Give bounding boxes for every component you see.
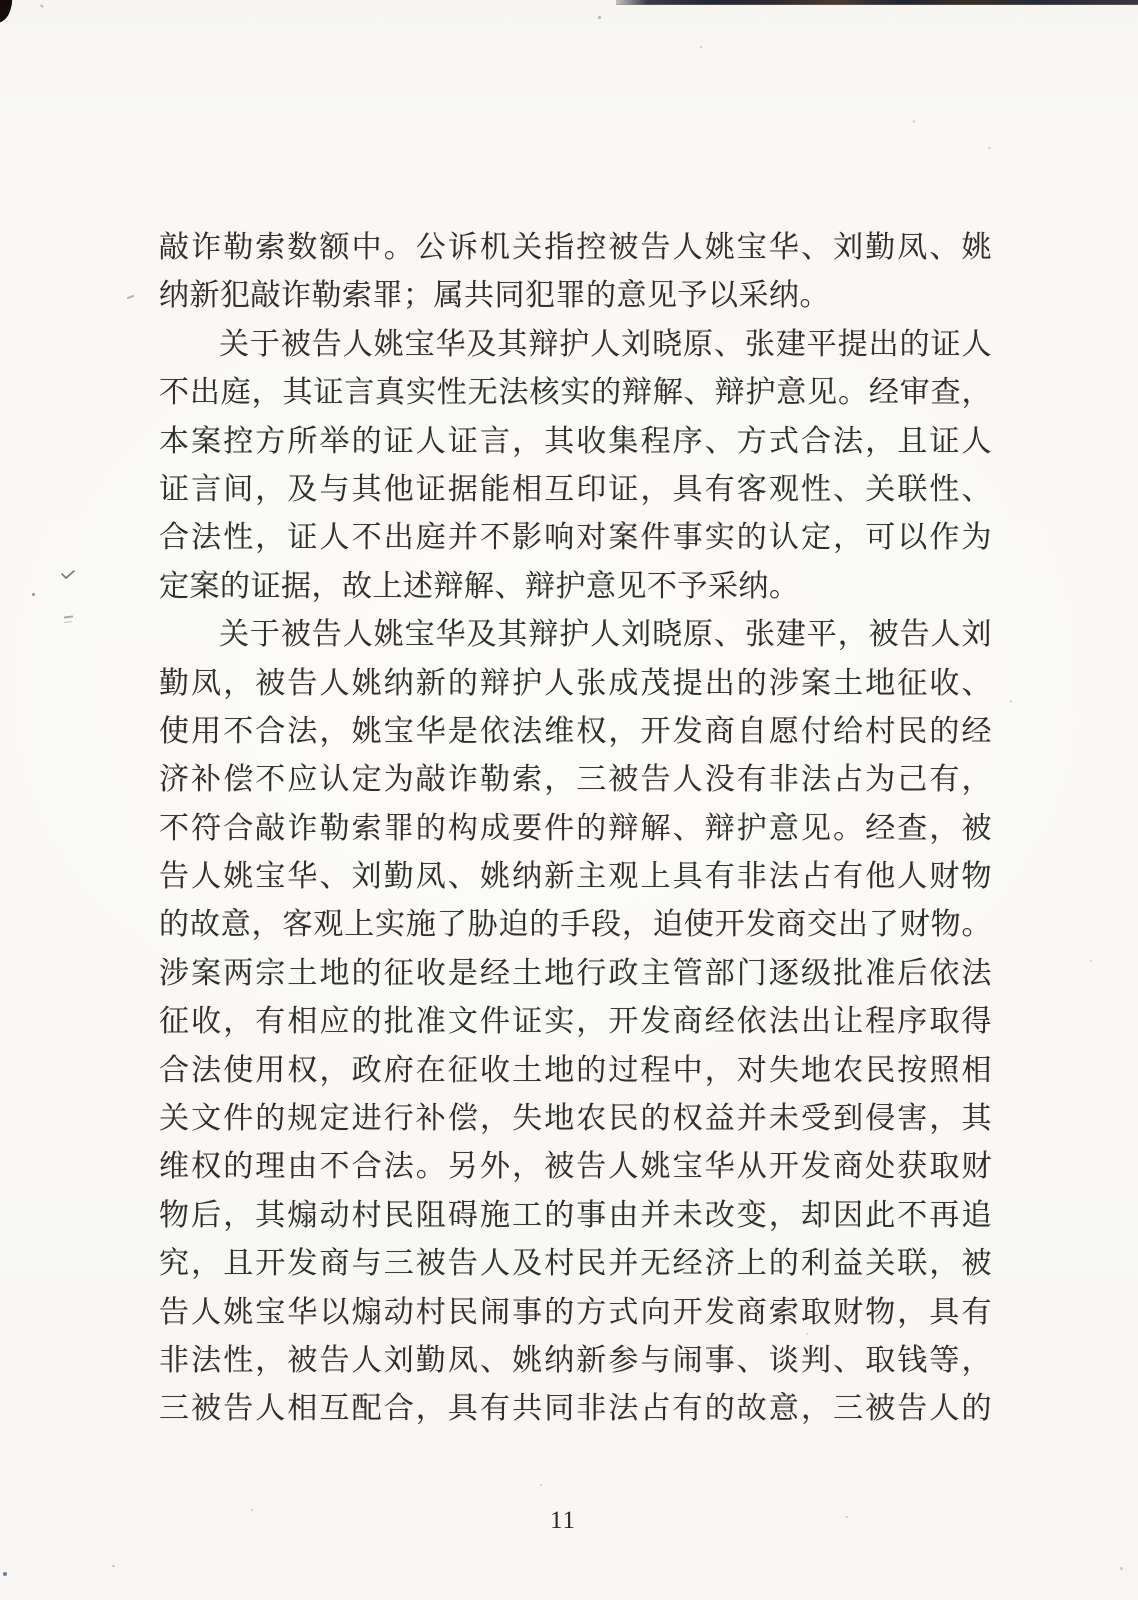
scanned-page: 敲诈勒索数额中。公诉机关指控被告人姚宝华、刘勤凤、姚纳新犯敲诈勒索罪；属共同犯罪… xyxy=(0,0,1138,1600)
text-line-14: 告人姚宝华、刘勤凤、姚纳新主观上具有非法占有他人财物 xyxy=(159,853,992,901)
text-line-7: 合法性，证人不出庭并不影响对案件事实的认定，可以作为 xyxy=(159,514,992,562)
scan-speck xyxy=(40,4,44,8)
text-line-8: 定案的证据，故上述辩解、辩护意见不予采纳。 xyxy=(159,563,992,611)
scan-tick-mark xyxy=(61,570,76,580)
text-line-18: 合法使用权，政府在征收土地的过程中，对失地农民按照相 xyxy=(159,1047,992,1095)
text-line-13: 不符合敲诈勒索罪的构成要件的辩解、辩护意见。经查，被 xyxy=(159,805,992,853)
document-body-text: 敲诈勒索数额中。公诉机关指控被告人姚宝华、刘勤凤、姚纳新犯敲诈勒索罪；属共同犯罪… xyxy=(159,224,992,1434)
text-line-5: 本案控方所举的证人证言，其收集程序、方式合法，且证人 xyxy=(159,418,992,466)
text-line-22: 究，且开发商与三被告人及村民并无经济上的利益关联，被 xyxy=(159,1240,992,1288)
scan-edge-line-top xyxy=(616,0,1138,5)
text-line-11: 使用不合法，姚宝华是依法维权，开发商自愿付给村民的经 xyxy=(159,708,992,756)
text-line-21: 物后，其煽动村民阻碍施工的事由并未改变，却因此不再追 xyxy=(159,1192,992,1240)
page-number: 11 xyxy=(0,1506,1126,1536)
text-line-24: 非法性，被告人刘勤凤、姚纳新参与闹事、谈判、取钱等， xyxy=(159,1337,992,1385)
scan-speck xyxy=(598,16,601,19)
scan-blob-top-left xyxy=(0,0,17,26)
text-line-12: 济补偿不应认定为敲诈勒索，三被告人没有非法占为己有， xyxy=(159,756,992,804)
text-line-19: 关文件的规定进行补偿，失地农民的权益并未受到侵害，其 xyxy=(159,1095,992,1143)
text-line-2: 纳新犯敲诈勒索罪；属共同犯罪的意见予以采纳。 xyxy=(159,272,992,320)
scan-speck xyxy=(700,46,702,48)
scan-speck xyxy=(988,147,991,149)
text-line-23: 告人姚宝华以煽动村民闹事的方式向开发商索取财物，具有 xyxy=(159,1289,992,1337)
scan-speck xyxy=(1090,960,1092,962)
text-line-16: 涉案两宗土地的征收是经土地行政主管部门逐级批准后依法 xyxy=(159,950,992,998)
scan-speck xyxy=(1120,1567,1123,1570)
scan-squiggle-mark xyxy=(64,616,73,619)
text-line-1: 敲诈勒索数额中。公诉机关指控被告人姚宝华、刘勤凤、姚 xyxy=(159,224,992,272)
text-line-6: 证言间，及与其他证据能相互印证，具有客观性、关联性、 xyxy=(159,466,992,514)
text-line-3: 关于被告人姚宝华及其辩护人刘晓原、张建平提出的证人 xyxy=(159,321,992,369)
text-line-9: 关于被告人姚宝华及其辩护人刘晓原、张建平，被告人刘 xyxy=(159,611,992,659)
text-line-4: 不出庭，其证言真实性无法核实的辩解、辩护意见。经审查， xyxy=(159,369,992,417)
text-line-10: 勤凤，被告人姚纳新的辩护人张成茂提出的涉案土地征收、 xyxy=(159,660,992,708)
scan-speck xyxy=(32,593,35,596)
scan-speck xyxy=(112,1565,115,1567)
text-line-17: 征收，有相应的批准文件证实，开发商经依法出让程序取得 xyxy=(159,998,992,1046)
text-line-15: 的故意，客观上实施了胁迫的手段，迫使开发商交出了财物。 xyxy=(159,901,992,949)
text-line-20: 维权的理由不合法。另外，被告人姚宝华从开发商处获取财 xyxy=(159,1143,992,1191)
scan-speck xyxy=(1010,700,1012,703)
scan-dash-mark xyxy=(127,295,134,299)
scan-speck xyxy=(3,1572,7,1576)
scan-speck xyxy=(540,1484,542,1486)
scan-speck xyxy=(913,120,915,123)
text-line-25: 三被告人相互配合，具有共同非法占有的故意，三被告人的 xyxy=(159,1385,992,1433)
